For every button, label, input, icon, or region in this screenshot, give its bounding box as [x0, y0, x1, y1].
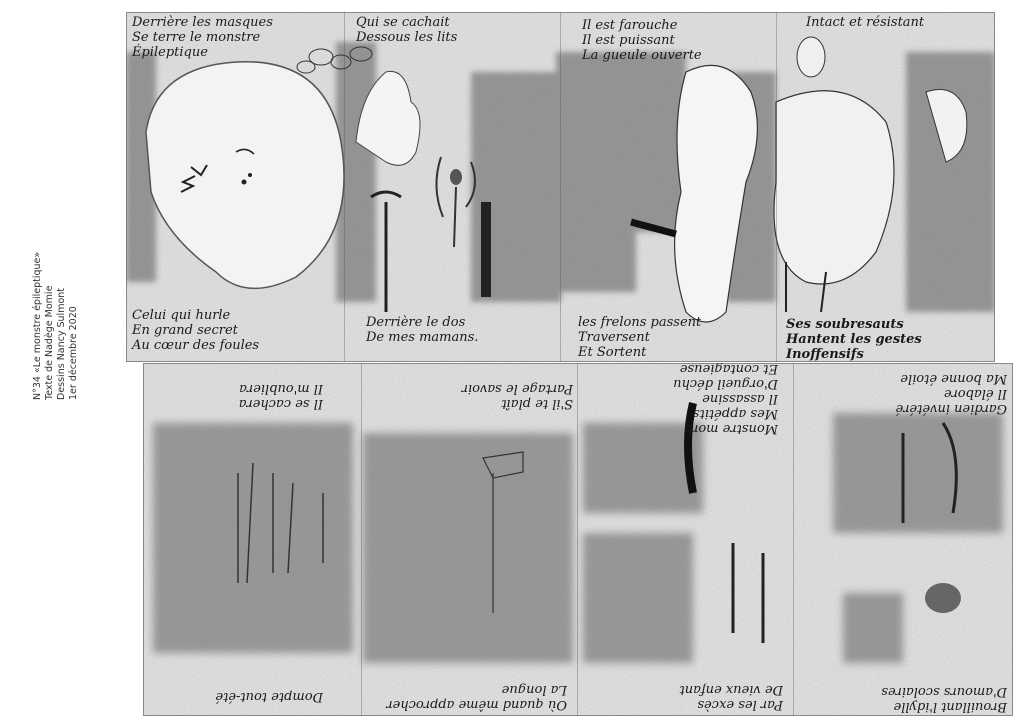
handwritten-verse: Il se cachera Il m'oubliera — [239, 381, 323, 411]
caption-drawing-credit: Dessins Nancy Sulmont — [56, 252, 68, 400]
handwritten-verse: Celui qui hurle En grand secret Au cœur … — [132, 308, 259, 353]
fold-line — [560, 12, 561, 362]
handwritten-verse: Dompte tout-été — [215, 689, 323, 704]
caption-text-credit: Texte de Nadège Momie — [44, 252, 56, 400]
handwritten-verse: S'il te plaît Partage le savoir — [462, 381, 573, 411]
handwritten-verse: Derrière les masques Se terre le monstre… — [132, 15, 273, 60]
handwritten-verse: Monstre mort Mes appétits Il assassine D… — [673, 363, 778, 436]
fold-line — [344, 12, 345, 362]
top-drawing-panel: Derrière les masques Se terre le monstre… — [126, 12, 995, 362]
upside-down-text-layer: Brouillant l'idylle D'amours scolaires G… — [143, 363, 1013, 716]
handwritten-verse: Derrière le dos De mes mamans. — [366, 315, 478, 345]
handwritten-verse: Par les excès De vieux enfant — [679, 682, 783, 712]
caption-title: N°34 «Le monstre épileptique» — [32, 252, 44, 400]
handwritten-verse: Où quand même approcher La longue — [386, 682, 567, 712]
handwritten-verse: Qui se cachait Dessous les lits — [356, 15, 457, 45]
artwork-caption: N°34 «Le monstre épileptique» Texte de N… — [32, 252, 80, 400]
handwritten-verse: les frelons passent Traversent Et Sorten… — [578, 315, 701, 360]
caption-date: 1er décembre 2020 — [68, 252, 80, 400]
fold-line — [776, 12, 777, 362]
handwritten-verse: Brouillant l'idylle D'amours scolaires — [881, 684, 1007, 714]
bottom-drawing-panel: Brouillant l'idylle D'amours scolaires G… — [143, 363, 1013, 716]
handwritten-verse: Ses soubresauts Hantent les gestes Inoff… — [786, 317, 922, 362]
handwritten-verse: Intact et résistant — [806, 15, 924, 30]
handwritten-verse: Gardien invétéré Il élabore Ma bonne éto… — [896, 371, 1007, 416]
handwritten-verse: Il est farouche Il est puissant La gueul… — [582, 18, 702, 63]
